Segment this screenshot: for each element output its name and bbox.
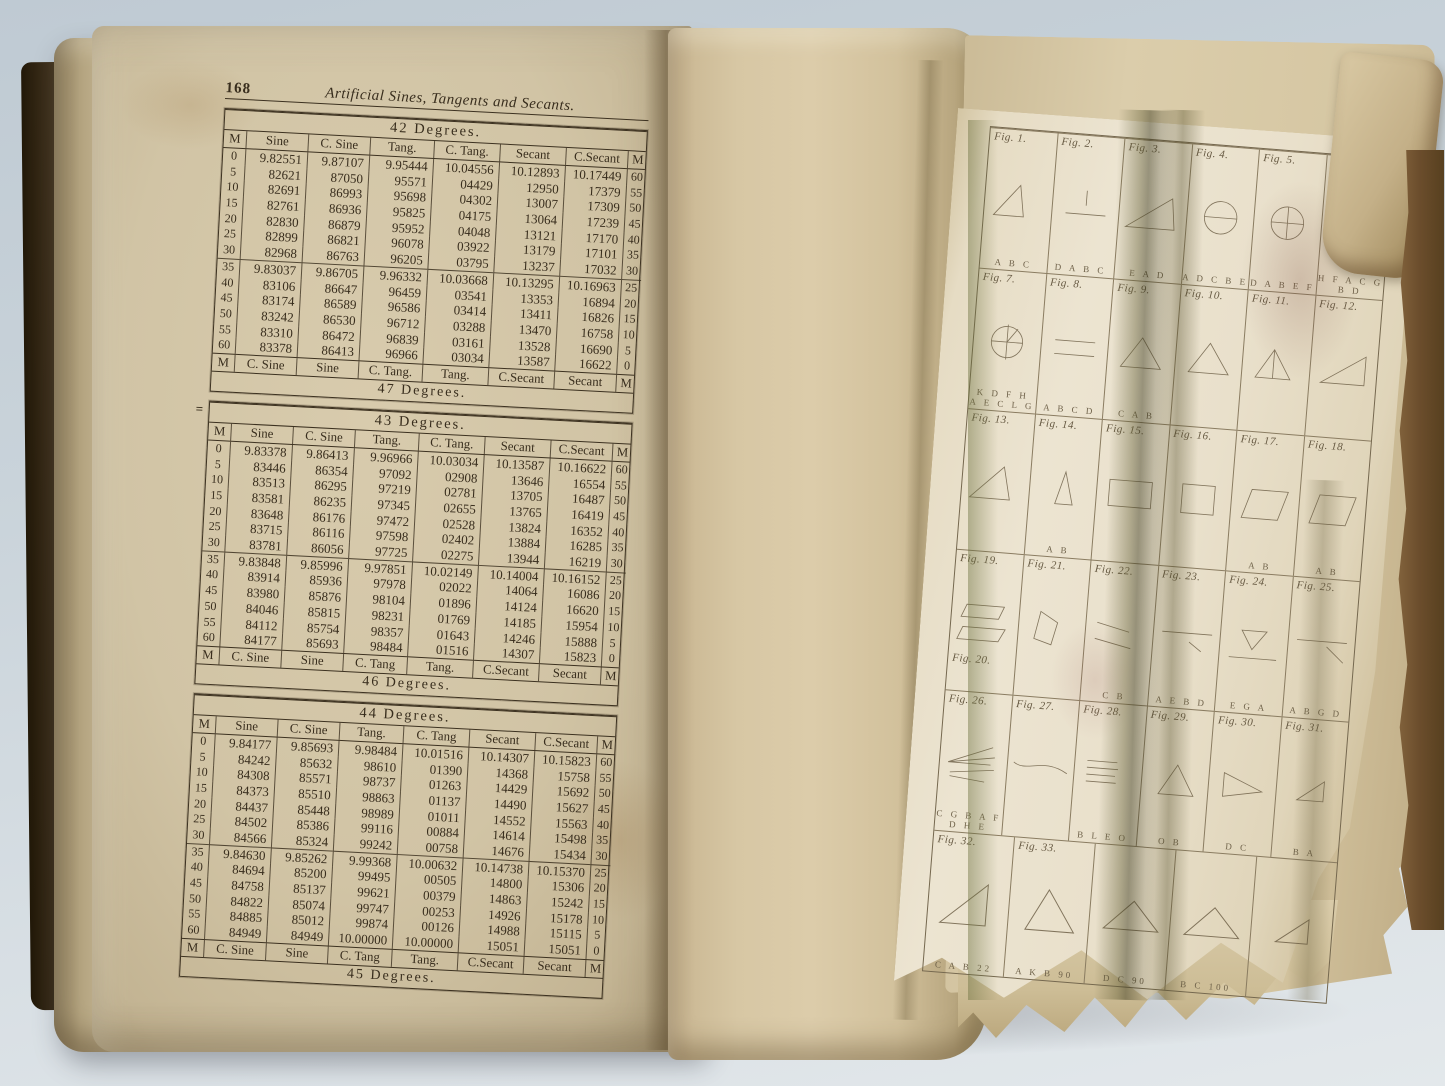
table-header-cell: M (208, 423, 231, 441)
figure-17: Fig. 17.A B (1225, 431, 1304, 576)
table-cell: 10 (190, 764, 213, 781)
table-cell: 55 (595, 770, 616, 787)
table-header-cell: Secant (553, 372, 616, 392)
table-header-cell: Sine (296, 358, 359, 378)
table-header-cell: M (212, 354, 235, 372)
table-header-cell: C.Secant (457, 953, 524, 973)
table-cell: 84949 (266, 926, 329, 945)
table-cell: 30 (187, 827, 210, 844)
table-header-cell: Tang. (369, 138, 434, 158)
table-cell: 84949 (204, 923, 267, 942)
geometric-figure-drawing (1207, 728, 1278, 843)
table-header-cell: M (600, 667, 621, 685)
table-cell: 45 (185, 875, 208, 892)
figure-label: Fig. 29. (1150, 709, 1189, 724)
table-body: 09.841779.856939.9848410.0151610.1430710… (182, 733, 614, 960)
table-cell: 15 (205, 487, 228, 504)
degrees-table-42: 42 Degrees. MSineC. SineTang.C. Tang.Sec… (210, 108, 648, 414)
figure-vertex-letters: K D F H A E C L G (968, 386, 1036, 411)
table-cell: 55 (610, 477, 631, 494)
table-header-cell: Secant (523, 957, 586, 977)
figure-29: Fig. 29.O B (1135, 706, 1214, 851)
table-header-cell: M (596, 736, 617, 754)
table-cell: 40 (592, 817, 613, 834)
table-cell: 5 (206, 456, 229, 473)
figure-label: Fig. 26. (948, 693, 987, 708)
figure-label: Fig. 32. (937, 833, 976, 848)
figure-label: Fig. 11. (1252, 293, 1291, 308)
printed-table-page: 168 Artificial Sines, Tangents and Secan… (179, 80, 649, 999)
table-cell: 50 (214, 306, 237, 323)
table-cell: 20 (204, 503, 227, 520)
figure-label: Fig. 2. (1061, 136, 1094, 151)
figure-label: Fig. 5. (1263, 152, 1296, 167)
table-header-cell: Sine (245, 131, 308, 151)
geometric-figure-drawing (937, 706, 1008, 821)
table-header-cell: M (615, 375, 636, 393)
geometric-figure-drawing (960, 425, 1031, 540)
table-cell: 50 (609, 493, 630, 510)
figure-1: Fig. 1.A B C (980, 128, 1058, 273)
geometric-figure-drawing (1162, 442, 1233, 557)
figure-label: Fig. 24. (1229, 574, 1268, 589)
table-cell: 0 (585, 943, 606, 960)
figure-23: Fig. 23.A E B D (1147, 566, 1226, 711)
table-cell: 0 (601, 651, 622, 668)
figure-label: Fig. 4. (1196, 147, 1229, 162)
table-cell: 50 (594, 786, 615, 803)
figure-25: Fig. 25.A B G D (1281, 577, 1360, 722)
figure-label: Fig. 12. (1319, 298, 1358, 313)
figure-label: Fig. 16. (1173, 428, 1212, 443)
table-cell: 15 (588, 896, 609, 913)
table-cell: 5 (602, 635, 623, 652)
table-cell: 55 (625, 185, 646, 202)
table-header-cell: M (196, 646, 219, 664)
figure-label: Fig. 19. (960, 552, 999, 567)
table-cell: 50 (624, 200, 645, 217)
figure-label: Fig. 25. (1296, 579, 1335, 594)
figure-2: Fig. 2.D A B C (1046, 133, 1125, 278)
table-cell: 25 (605, 571, 626, 589)
geometric-figure-drawing (926, 847, 1011, 963)
figure-31: Fig. 31.B A (1270, 717, 1349, 862)
figure-label: Fig. 13. (971, 411, 1010, 426)
table-cell: 30 (218, 242, 241, 259)
table-cell: 25 (188, 811, 211, 828)
table-cell: 16622 (554, 355, 617, 374)
geometric-figure-drawing (1027, 431, 1098, 546)
table-cell: 96966 (359, 345, 424, 364)
figure-30: Fig. 30.D C (1203, 712, 1282, 857)
table-cell: 5 (222, 164, 245, 181)
geometric-figure-drawing (1185, 160, 1256, 275)
figure-label: Fig. 3. (1128, 141, 1161, 156)
geometric-figure-drawing (1218, 587, 1289, 702)
table-header-cell: Sine (215, 716, 278, 736)
table-header-cell: Tang. (339, 723, 404, 743)
figure-10: Fig. 10. (1169, 285, 1248, 430)
table-cell: 55 (198, 614, 221, 631)
figure-14: Fig. 14.A B (1023, 414, 1102, 559)
table-cell: 60 (213, 337, 236, 354)
geometric-figure-drawing (1050, 150, 1121, 265)
figure-label: Fig. 22. (1094, 563, 1133, 578)
table-header-cell: Tang. (406, 657, 473, 677)
table-cell: 20 (219, 211, 242, 228)
figure-18: Fig. 18.A B (1292, 436, 1371, 581)
table-cell: 10 (618, 327, 639, 344)
table-header-cell: C. Sine (292, 427, 355, 447)
table-header-cell: Tang. (354, 430, 419, 450)
figure-label: Fig. 10. (1184, 287, 1223, 302)
geometric-figure-drawing (983, 144, 1054, 259)
figure-vertex-letters: H F A C G B D (1316, 273, 1384, 298)
table-cell: 60 (611, 462, 632, 479)
table-cell: 35 (186, 843, 209, 861)
degrees-table-44: 44 Degrees. MSineC. SineTang.C. TangSeca… (179, 693, 617, 999)
table-cell: 60 (197, 629, 220, 646)
geometric-figure-drawing (1016, 571, 1087, 686)
table-header-cell: C.Secant (565, 148, 628, 168)
figure-label: Fig. 31. (1285, 720, 1324, 735)
table-header-cell: C. Sine (307, 134, 370, 154)
page-number: 168 (225, 80, 251, 98)
geometric-figure-drawing (971, 285, 1042, 400)
table-cell: 15 (619, 311, 640, 328)
table-cell: 10 (206, 472, 229, 489)
table-header-cell: C.Secant (534, 733, 597, 753)
table-cell: 45 (200, 582, 223, 599)
table-cell: 10 (587, 912, 608, 929)
figure-4: Fig. 4.A D C B E (1180, 144, 1259, 289)
degrees-table-43: = 43 Degrees. MSineC. SineTang.C. Tang.S… (194, 400, 632, 706)
figure-7: Fig. 7.K D F H A E C L G (968, 269, 1046, 414)
table-header-cell: C. Tang (327, 946, 392, 966)
table-cell: 40 (623, 232, 644, 249)
geometric-figure-drawing (1168, 866, 1253, 982)
table-cell: 30 (621, 263, 642, 280)
table-cell: 30 (202, 534, 225, 551)
table-header-cell: M (585, 960, 606, 978)
geometric-figure-drawing (1005, 712, 1076, 827)
table-cell: 10 (221, 179, 244, 196)
geometric-figure-drawing (1117, 155, 1188, 270)
table-header-cell: Tang. (421, 365, 488, 385)
plate-figure-grid: Pl. 1. Fig. 1.A B CFig. 2.D A B CFig. 3.… (922, 126, 1395, 1004)
figure-24: Fig. 24.E G A (1214, 571, 1293, 716)
table-header-cell: Secant (538, 664, 601, 684)
table-cell: 20 (189, 796, 212, 813)
figure-19: Fig. 19.Fig. 20. (946, 550, 1024, 695)
geometric-figure-drawing (1139, 723, 1210, 838)
table-header-cell: C. Tang. (418, 434, 485, 454)
figure-label: Fig. 9. (1117, 282, 1150, 297)
table-cell: 5 (617, 342, 638, 359)
figure-label: Fig. 27. (1016, 698, 1055, 713)
geometric-figure-drawing (1151, 582, 1222, 697)
table-cell: 35 (201, 550, 224, 568)
table-header-cell: C. Tang. (358, 361, 423, 381)
table-cell: 20 (604, 588, 625, 605)
table-header-cell: C.Secant (487, 368, 554, 388)
figure-label: Fig. 30. (1218, 714, 1257, 729)
figure-9: Fig. 9.C A B (1102, 279, 1181, 424)
table-cell: 5 (191, 749, 214, 766)
figure-label: Fig. 1. (994, 130, 1027, 145)
table-cell: 0 (616, 358, 637, 375)
table-header-cell: Sine (265, 943, 328, 963)
table-header-cell: Tang. (391, 950, 458, 970)
table-cell: 10.00000 (328, 930, 393, 949)
table-body: 09.825519.871079.9544410.0455610.1289310… (213, 148, 645, 375)
geometric-figure-drawing (1039, 290, 1110, 405)
table-header-cell: M (223, 130, 246, 148)
table-cell: 25 (620, 279, 641, 297)
figure-33: Fig. 33.A K B 90 (1003, 837, 1095, 983)
table-header-cell: Secant (499, 144, 566, 164)
table-header-cell: M (612, 444, 633, 462)
figure-label: Fig. 15. (1106, 422, 1145, 437)
figure-15: Fig. 15. (1091, 420, 1170, 565)
figure-13: Fig. 13. (957, 409, 1035, 554)
geometric-figure-drawing (1229, 447, 1300, 562)
geometric-figure-drawing (1173, 301, 1244, 416)
figure-label: Fig. 23. (1162, 568, 1201, 583)
figure-32: Fig. 32.C A B 22 (923, 831, 1014, 977)
table-cell: 0 (192, 733, 215, 750)
geometric-figure-drawing (1106, 296, 1177, 411)
table-header-cell: C.Secant (550, 440, 613, 460)
table-cell: 60 (595, 754, 616, 771)
figure-label: Fig. 18. (1307, 439, 1346, 454)
table-header-cell: C. Tang (342, 654, 407, 674)
table-header-cell: Sine (280, 651, 343, 671)
table-cell: 35 (622, 247, 643, 264)
table-cell: 84177 (219, 631, 282, 650)
table-cell: 30 (606, 556, 627, 573)
table-header-cell: M (193, 715, 216, 733)
table-header-cell: C. Sine (203, 940, 266, 960)
table-header-cell: M (181, 939, 204, 957)
table-cell: 0 (207, 440, 230, 457)
table-cell: 0 (223, 148, 246, 165)
table-cell: 35 (591, 833, 612, 850)
geometric-figure-drawing (1241, 306, 1312, 421)
geometric-figure-drawing (1072, 717, 1143, 832)
table-cell: 20 (589, 881, 610, 898)
table-cell: 25 (203, 519, 226, 536)
table-cell: 60 (626, 169, 647, 186)
table-cell: 25 (219, 226, 242, 243)
table-cell: 83378 (235, 338, 298, 357)
table-cell: 15 (220, 195, 243, 212)
table-cell: 25 (590, 864, 611, 882)
table-header-cell: C. Tang (403, 726, 470, 746)
table-cell: 40 (216, 274, 239, 291)
table-header-cell: C. Sine (277, 719, 340, 739)
table-header-cell: Sine (230, 424, 293, 444)
table-cell: 45 (215, 290, 238, 307)
table-cell: 85693 (281, 634, 344, 653)
figure-label: Fig. 14. (1038, 417, 1077, 432)
figure-vertex-letters: C G B A F D H E (935, 808, 1003, 833)
figure-label: Fig. 8. (1050, 276, 1083, 291)
geometric-figure-drawing (1274, 733, 1345, 848)
table-cell: 40 (201, 567, 224, 584)
figure-5: Fig. 5.D A B E F (1248, 150, 1327, 295)
table-cell: 10 (602, 619, 623, 636)
table-cell: 20 (619, 295, 640, 312)
table-cell: 30 (590, 848, 611, 865)
geometric-figure-drawing (1297, 452, 1368, 567)
geometric-figure-drawing (1252, 166, 1323, 281)
figure-11: Fig. 11. (1236, 290, 1315, 435)
figure-26: Fig. 26.C G B A F D H E (934, 690, 1012, 835)
table-header-cell: C. Sine (218, 647, 281, 667)
table-header-cell: M (627, 151, 648, 169)
table-cell: 60 (182, 922, 205, 939)
table-cell: 15 (189, 780, 212, 797)
figure-8: Fig. 8.A B C D (1035, 274, 1114, 419)
geometric-figure-drawing (1249, 873, 1334, 989)
table-cell: 86413 (297, 341, 360, 360)
figure-cell: B C 100 (1164, 850, 1256, 996)
table-body: 09.833789.864139.9696610.0303410.1358710… (197, 440, 629, 667)
geometric-figure-drawing (949, 566, 1020, 681)
figure-27: Fig. 27. (1001, 696, 1080, 841)
figure-label: Fig. 7. (982, 271, 1015, 286)
table-cell: 50 (184, 891, 207, 908)
table-cell: 15823 (539, 647, 602, 666)
figure-label: Fig. 33. (1018, 840, 1057, 855)
geometric-figure-drawing (1088, 860, 1173, 976)
figure-cell (1245, 857, 1337, 1003)
geometric-figure-drawing (1007, 853, 1092, 969)
table-cell: 5 (586, 927, 607, 944)
table-header-cell: C. Sine (234, 355, 297, 375)
figure-label: Fig. 21. (1027, 557, 1066, 572)
photo-scene: Pl. 1. Fig. 1.A B CFig. 2.D A B CFig. 3.… (0, 0, 1445, 1086)
table-cell: 45 (593, 801, 614, 818)
table-cell: 50 (199, 598, 222, 615)
geometric-figure-drawing (1308, 312, 1379, 427)
table-cell: 35 (607, 540, 628, 557)
figure-12: Fig. 12. (1304, 296, 1383, 441)
table-header-cell: C.Secant (472, 661, 539, 681)
section-divider-mark: = (195, 401, 203, 417)
table-header-cell: Secant (484, 437, 551, 457)
geometric-figure-drawing (1083, 577, 1154, 692)
table-cell: 15051 (524, 940, 587, 959)
table-cell: 40 (607, 524, 628, 541)
figure-16: Fig. 16. (1158, 425, 1237, 570)
figure-22: Fig. 22.C B (1079, 560, 1158, 705)
geometric-figure-drawing (1285, 593, 1356, 708)
figure-3: Fig. 3.E A D (1113, 139, 1192, 284)
table-header-cell: Secant (468, 730, 535, 750)
table-cell: 98484 (343, 637, 408, 656)
figure-28: Fig. 28.B L E O (1068, 701, 1147, 846)
figure-label: Fig. 28. (1083, 703, 1122, 718)
table-cell: 45 (608, 509, 629, 526)
table-cell: 45 (624, 216, 645, 233)
figure-label: Fig. 17. (1240, 433, 1279, 448)
table-cell: 15 (603, 604, 624, 621)
geometric-figure-drawing (1095, 436, 1166, 551)
figure-21: Fig. 21. (1012, 555, 1091, 700)
table-cell: 55 (183, 906, 206, 923)
table-cell: 35 (217, 258, 240, 276)
table-cell: 55 (214, 321, 237, 338)
table-header-cell: C. Tang. (433, 141, 500, 161)
figure-cell: D C 90 (1084, 844, 1176, 990)
table-cell: 40 (185, 859, 208, 876)
